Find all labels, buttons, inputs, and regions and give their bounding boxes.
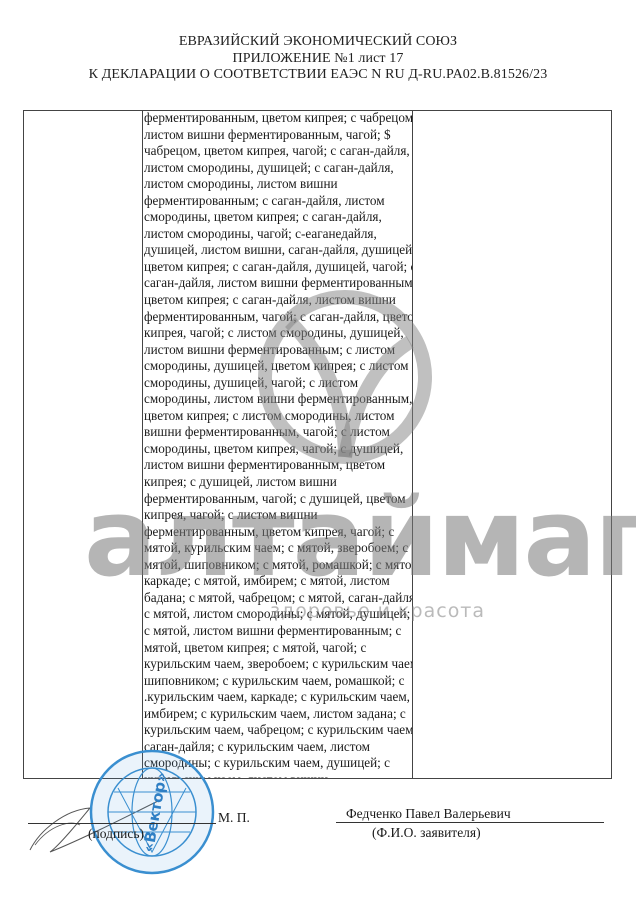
signature-line	[28, 823, 216, 824]
text-line: листом смородины, чагой; с-еаганедайля,	[144, 226, 412, 243]
text-line: ферментированным, цветом кипрея; с чабре…	[144, 111, 412, 127]
text-line: ферментированным, чагой; с саган-дайля, …	[144, 309, 412, 326]
text-line: с мятой, листом вишни ферментированным; …	[144, 623, 412, 640]
header-declaration-number: К ДЕКЛАРАЦИИ О СООТВЕТСТВИИ ЕАЭС N RU Д-…	[0, 67, 636, 84]
text-line: цветом кипрея; с листом смородины, листо…	[144, 408, 412, 425]
applicant-name-line	[336, 822, 604, 823]
text-line: листом вишни ферментированным, чагой; $	[144, 127, 412, 144]
text-line: смородины, листом вишни ферментированным…	[144, 391, 412, 408]
text-line: саган-дайля, листом вишни ферментированн…	[144, 275, 412, 292]
text-line: мятой, цветом кипрея; с мятой, чагой; с	[144, 640, 412, 657]
text-line: чабрецом, цветом кипрея, чагой; с саган-…	[144, 143, 412, 160]
text-line: ферментированным, цветом кипрея, чагой; …	[144, 524, 412, 541]
seal-placeholder-label: М. П.	[218, 810, 250, 826]
text-line: кипрея, чагой; с листом вишни	[144, 507, 412, 524]
table-cell-left	[24, 111, 143, 778]
text-line: с мятой, листом смородины; с мятой, души…	[144, 606, 412, 623]
text-line: ферментированным, чагой; с душицей, цвет…	[144, 491, 412, 508]
product-list-text: ферментированным, цветом кипрея; с чабре…	[142, 111, 412, 778]
text-line: смородины, цветом кипрея; с саган-дайля,	[144, 209, 412, 226]
text-line: цветом кипрея; с саган-дайля, душицей, ч…	[144, 259, 412, 276]
text-line: вишни ферментированным, чагой; с листом	[144, 424, 412, 441]
text-line: листом смородины, душицей; с саган-дайля…	[144, 160, 412, 177]
signature-label: (подпись)	[88, 826, 144, 842]
text-line: смородины, цветом кипрея, чагой; с душиц…	[144, 441, 412, 458]
text-line: имбирем; с курильским чаем, листом задан…	[144, 706, 412, 723]
text-line: шиповником; с курильским чаем, ромашкой;…	[144, 673, 412, 690]
text-line: курильским чаем, чабрецом; с курильским …	[144, 722, 412, 739]
text-line: мятой, шиповником; с мятой, ромашкой; с …	[144, 557, 412, 574]
text-line: курильским чаем, зверобоем; с курильским…	[144, 656, 412, 673]
text-line: ферментированным; с саган-дайля, листом	[144, 193, 412, 210]
applicant-name: Федченко Павел Валерьевич	[346, 806, 511, 822]
text-line: смородины, душицей, цветом кипрея; с лис…	[144, 358, 412, 375]
company-stamp-icon: «Вектор»	[88, 748, 216, 876]
table-cell-right	[413, 111, 611, 778]
text-line: кипрея; с душицей, листом вишни	[144, 474, 412, 491]
appendix-table: ферментированным, цветом кипрея; с чабре…	[23, 110, 612, 779]
header-appendix: ПРИЛОЖЕНИЕ №1 лист 17	[0, 51, 636, 68]
applicant-name-label: (Ф.И.О. заявителя)	[372, 825, 481, 841]
text-line: листом смородины, листом вишни	[144, 176, 412, 193]
text-line: цветом кипрея; с саган-дайля, листом виш…	[144, 292, 412, 309]
text-line: душицей, листом вишни, саган-дайля, души…	[144, 242, 412, 259]
text-line: .курильским чаем, каркаде; с курильским …	[144, 689, 412, 706]
text-line: кипрея, чагой; с листом смородины, душиц…	[144, 325, 412, 342]
text-line: каркаде; с мятой, имбирем; с мятой, лист…	[144, 573, 412, 590]
document-header: ЕВРАЗИЙСКИЙ ЭКОНОМИЧЕСКИЙ СОЮЗ ПРИЛОЖЕНИ…	[0, 34, 636, 84]
text-line: мятой, курильским чаем; с мятой, зверобо…	[144, 540, 412, 557]
text-line: смородины, душицей, чагой; с листом	[144, 375, 412, 392]
header-union-title: ЕВРАЗИЙСКИЙ ЭКОНОМИЧЕСКИЙ СОЮЗ	[0, 34, 636, 51]
text-line: листом вишни ферментированным; с листом	[144, 342, 412, 359]
text-line: листом вишни ферментированным, цветом	[144, 457, 412, 474]
text-line: бадана; с мятой, чабрецом; с мятой, сага…	[144, 590, 412, 607]
table-cell-products: ферментированным, цветом кипрея; с чабре…	[142, 111, 413, 778]
